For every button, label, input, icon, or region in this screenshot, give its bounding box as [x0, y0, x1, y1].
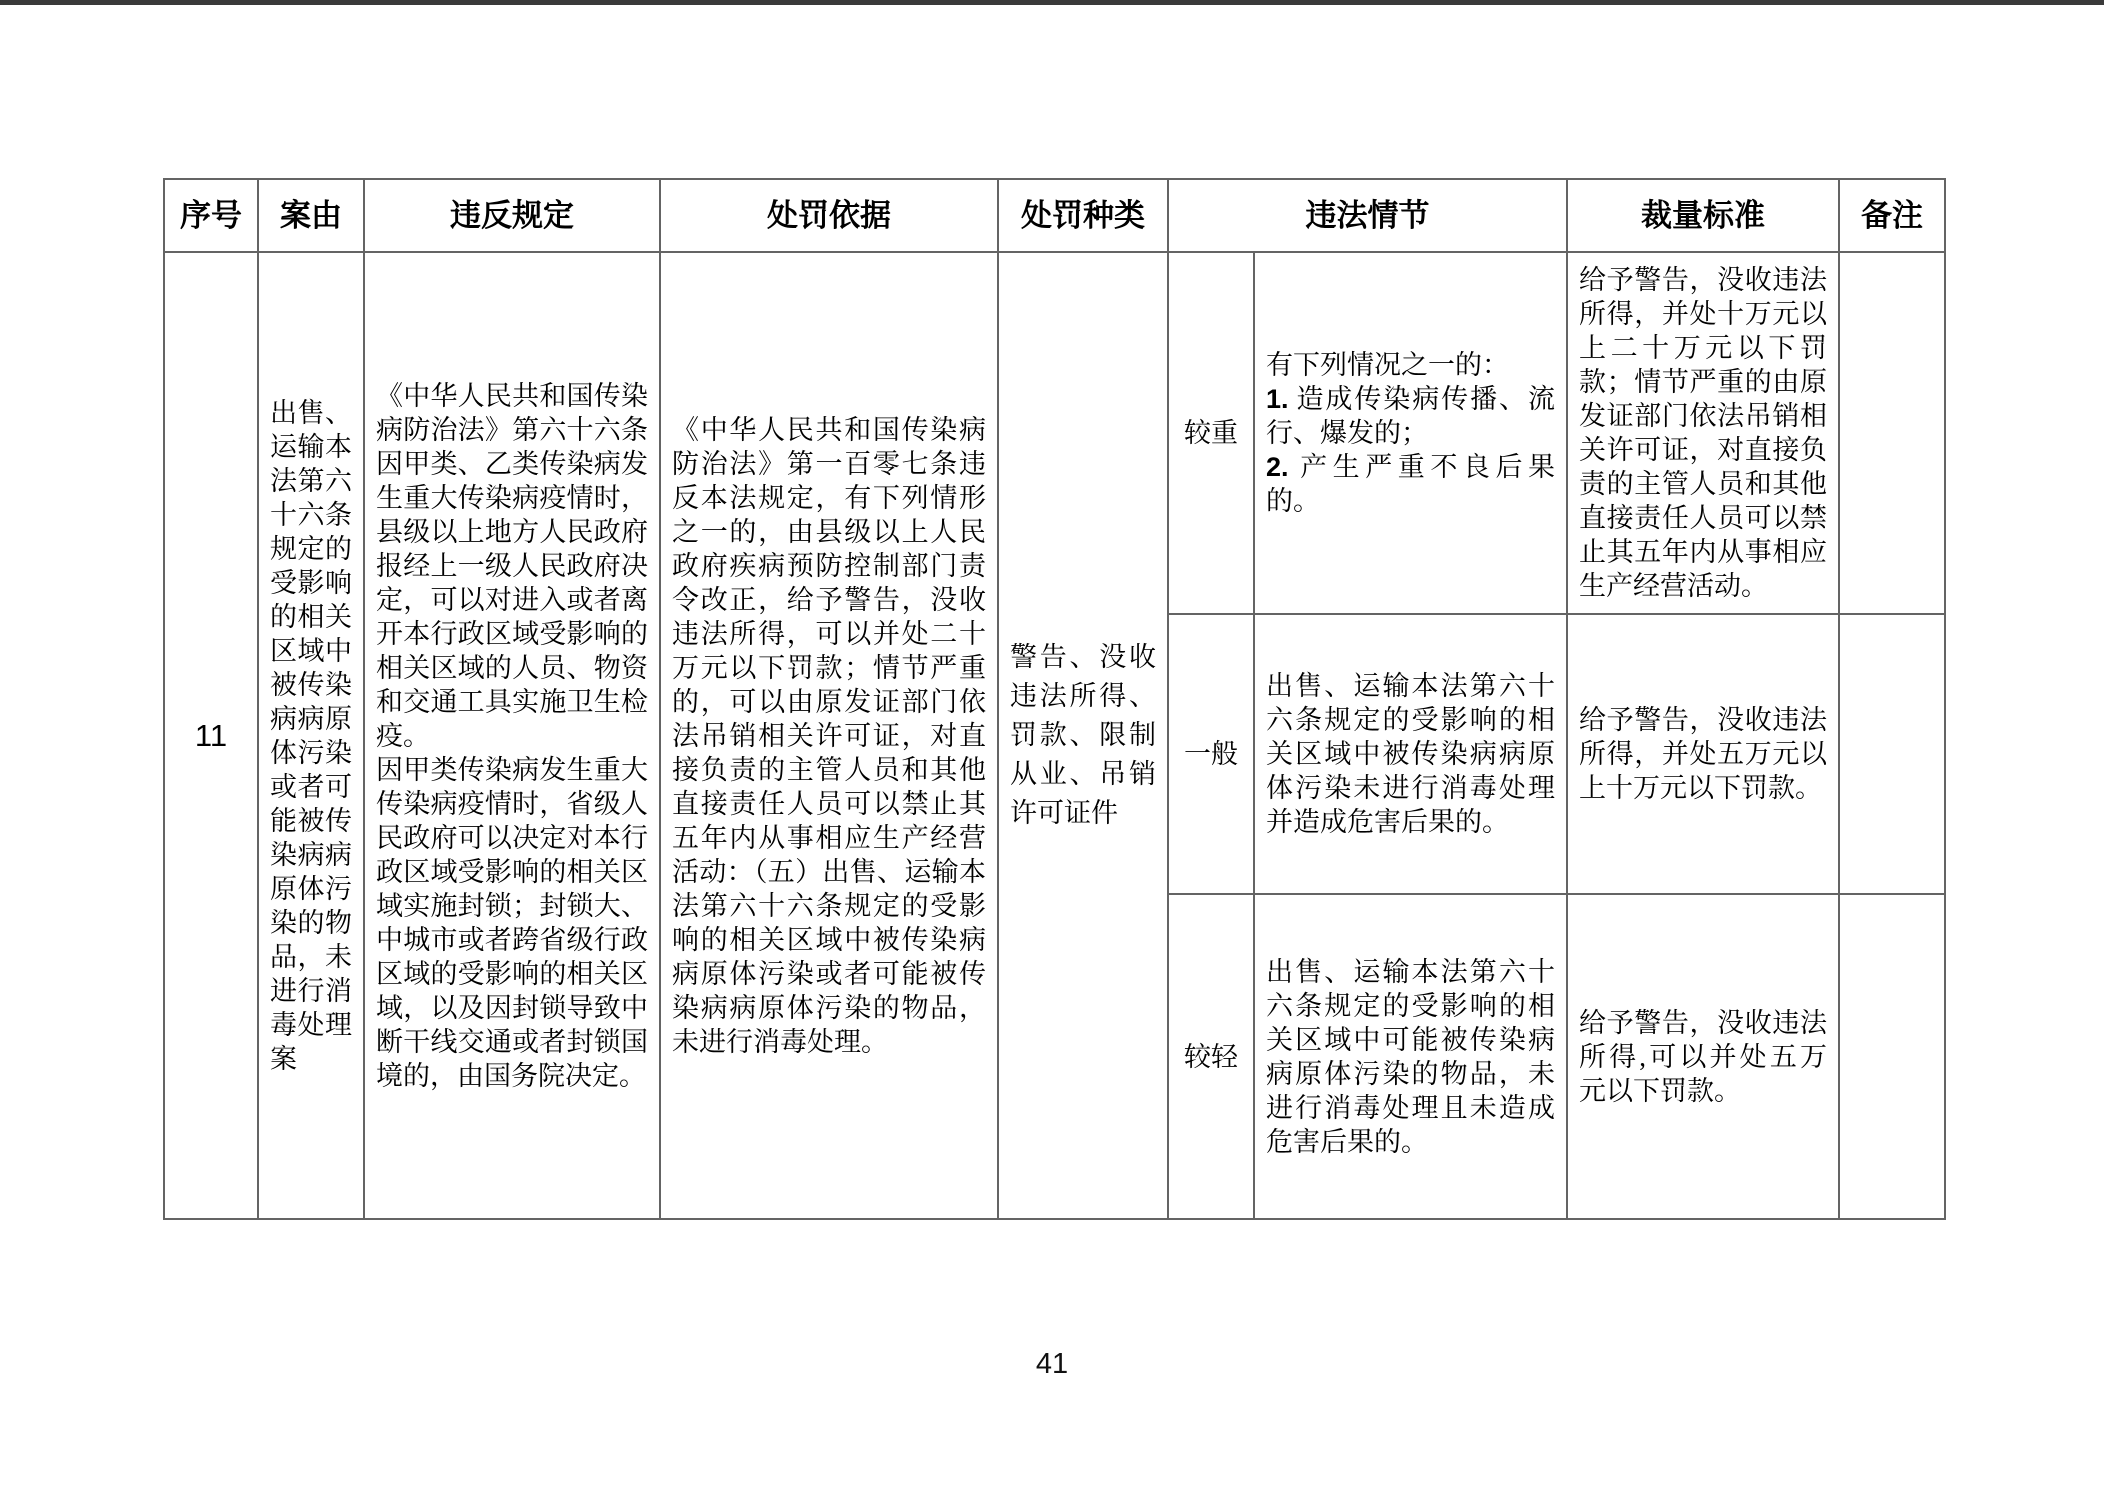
item-number-2: 2. [1266, 452, 1289, 482]
cell-tier-circumstance-severe: 有下列情况之一的： 1.造成传染病传播、流行、爆发的； 2.产生严重不良后果的。 [1254, 252, 1567, 614]
item-text-1: 造成传染病传播、流行、爆发的； [1266, 384, 1555, 448]
table-header-row: 序号 案由 违反规定 处罚依据 处罚种类 违法情节 裁量标准 备注 [164, 179, 1945, 252]
document-page: 序号 案由 违反规定 处罚依据 处罚种类 违法情节 裁量标准 备注 11 出售、… [163, 178, 1946, 1220]
tier-row-severe: 11 出售、运输本法第六十六条规定的受影响的相关区域中被传染病病原体污染或者可能… [164, 252, 1945, 614]
circumstance-intro: 有下列情况之一的： [1266, 348, 1555, 382]
window-top-edge [0, 0, 2104, 5]
cell-penalty-type: 警告、没收违法所得、罚款、限制从业、吊销许可证件 [998, 252, 1168, 1219]
header-circumstances: 违法情节 [1168, 179, 1567, 252]
violation-paragraph-1: 《中华人民共和国传染病防治法》第六十六条因甲类、乙类传染病发生重大传染病疫情时，… [376, 379, 648, 753]
header-violation: 违反规定 [364, 179, 660, 252]
header-basis: 处罚依据 [660, 179, 998, 252]
header-seq: 序号 [164, 179, 258, 252]
cell-basis: 《中华人民共和国传染病防治法》第一百零七条违反本法规定，有下列情形之一的，由县级… [660, 252, 998, 1219]
header-standard: 裁量标准 [1567, 179, 1839, 252]
cell-tier-level-severe: 较重 [1168, 252, 1254, 614]
page-number: 41 [0, 1348, 2104, 1381]
cell-tier-remark-general [1839, 614, 1945, 894]
circumstance-item-2: 2.产生严重不良后果的。 [1266, 450, 1555, 518]
violation-paragraph-2: 因甲类传染病发生重大传染病疫情时，省级人民政府可以决定对本行政区域受影响的相关区… [376, 753, 648, 1093]
cell-violation: 《中华人民共和国传染病防治法》第六十六条因甲类、乙类传染病发生重大传染病疫情时，… [364, 252, 660, 1219]
cell-cause: 出售、运输本法第六十六条规定的受影响的相关区域中被传染病病原体污染或者可能被传染… [258, 252, 364, 1219]
header-penalty-type: 处罚种类 [998, 179, 1168, 252]
cell-tier-circumstance-minor: 出售、运输本法第六十六条规定的受影响的相关区域中可能被传染病病原体污染的物品，未… [1254, 894, 1567, 1219]
cell-seq: 11 [164, 252, 258, 1219]
circumstance-item-1: 1.造成传染病传播、流行、爆发的； [1266, 382, 1555, 450]
cell-tier-remark-severe [1839, 252, 1945, 614]
item-number-1: 1. [1266, 384, 1289, 414]
cell-tier-standard-severe: 给予警告，没收违法所得，并处十万元以上二十万元以下罚款；情节严重的由原发证部门依… [1567, 252, 1839, 614]
cell-tier-level-minor: 较轻 [1168, 894, 1254, 1219]
cell-tier-level-general: 一般 [1168, 614, 1254, 894]
header-cause: 案由 [258, 179, 364, 252]
cell-tier-circumstance-general: 出售、运输本法第六十六条规定的受影响的相关区域中被传染病病原体污染未进行消毒处理… [1254, 614, 1567, 894]
cell-tier-standard-general: 给予警告，没收违法所得，并处五万元以上十万元以下罚款。 [1567, 614, 1839, 894]
header-remarks: 备注 [1839, 179, 1945, 252]
cell-tier-remark-minor [1839, 894, 1945, 1219]
cell-tier-standard-minor: 给予警告，没收违法所得,可以并处五万元以下罚款。 [1567, 894, 1839, 1219]
item-text-2: 产生严重不良后果的。 [1266, 452, 1555, 516]
penalty-discretion-table: 序号 案由 违反规定 处罚依据 处罚种类 违法情节 裁量标准 备注 11 出售、… [163, 178, 1946, 1220]
